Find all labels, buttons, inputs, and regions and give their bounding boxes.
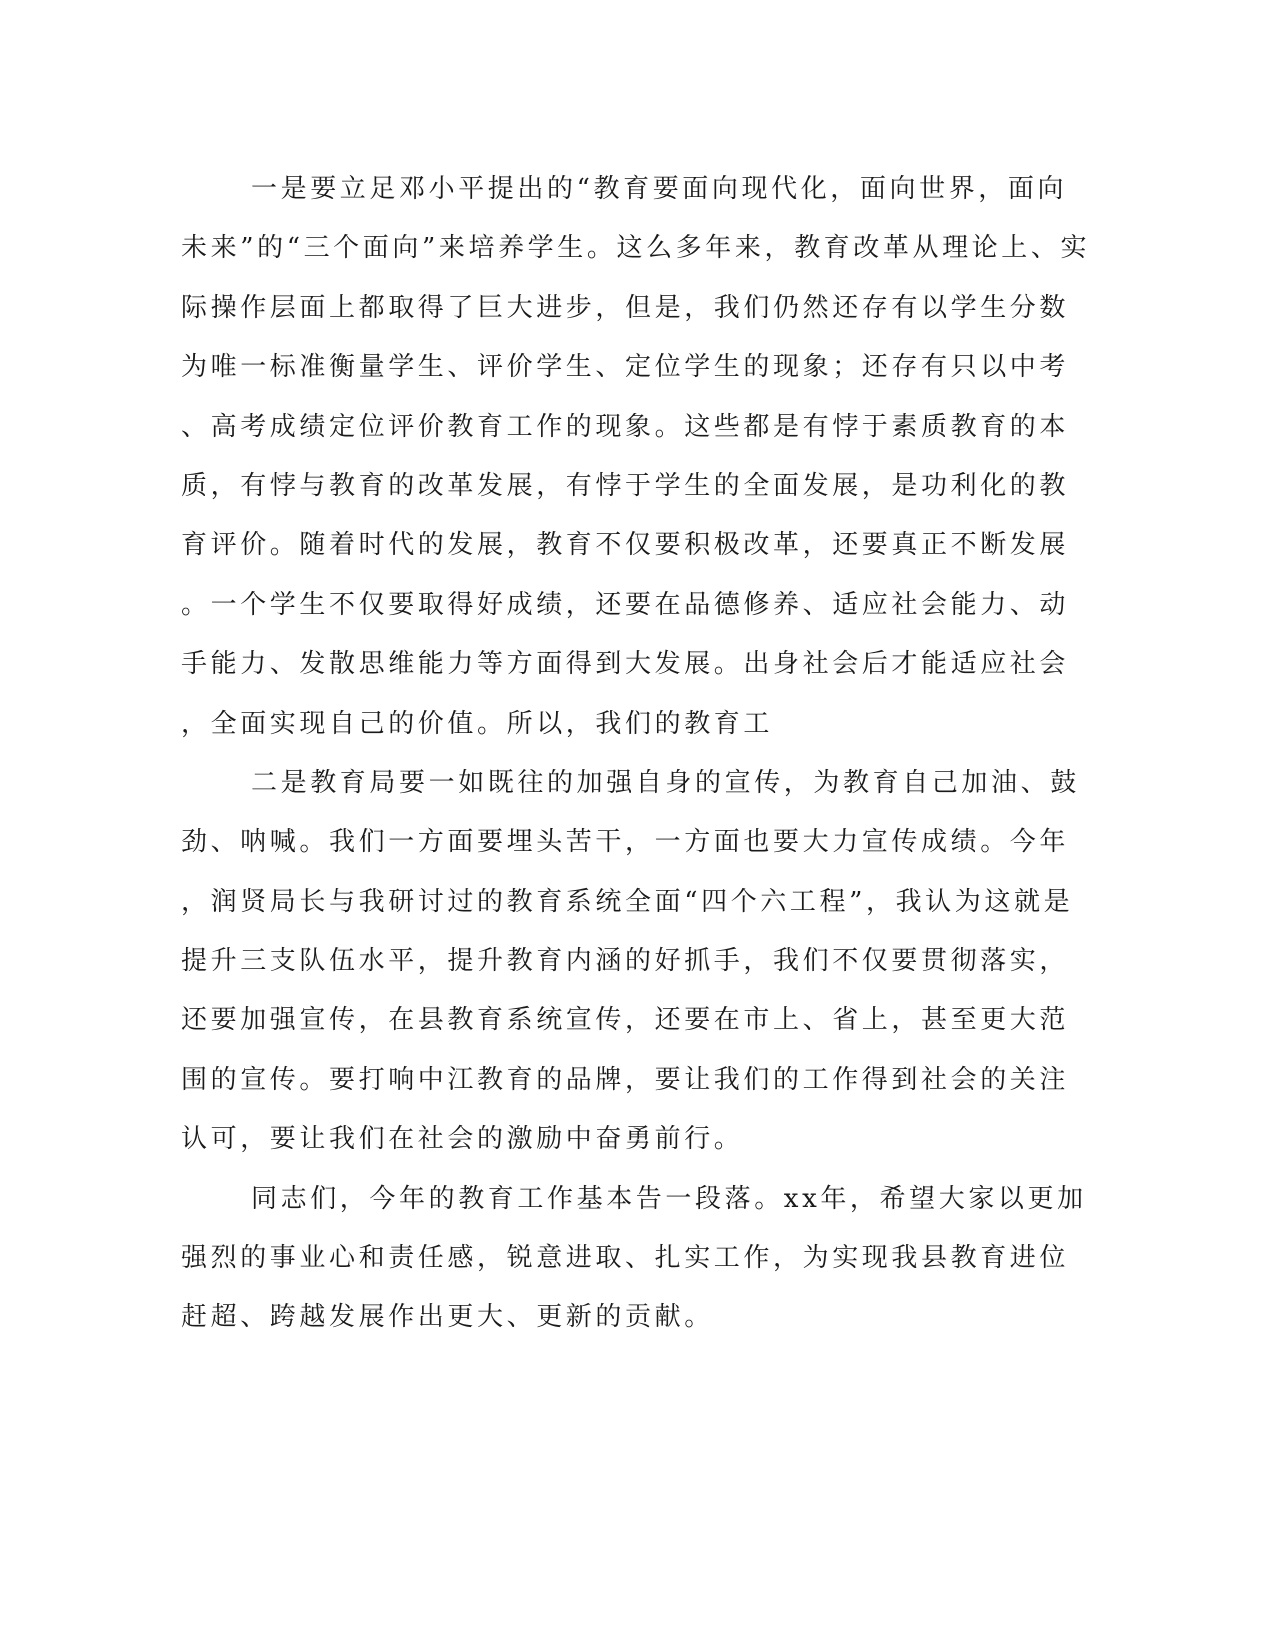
document-page: 一是要立足邓小平提出的“教育要面向现代化，面向世界，面向 未来”的“三个面向”来… [0, 0, 1275, 1650]
text-line: 认可，要让我们在社会的激励中奋勇前行。 [181, 1110, 1061, 1169]
text-line: 赶超、跨越发展作出更大、更新的贡献。 [181, 1288, 1061, 1347]
text-line: ，润贤局长与我研讨过的教育系统全面“四个六工程”，我认为这就是 [181, 873, 1061, 932]
text-line: 手能力、发散思维能力等方面得到大发展。出身社会后才能适应社会 [181, 635, 1061, 694]
paragraph-2: 二是教育局要一如既往的加强自身的宣传，为教育自己加油、鼓 劲、呐喊。我们一方面要… [181, 754, 1061, 1170]
paragraph-1: 一是要立足邓小平提出的“教育要面向现代化，面向世界，面向 未来”的“三个面向”来… [181, 160, 1061, 754]
text-line: 二是教育局要一如既往的加强自身的宣传，为教育自己加油、鼓 [181, 754, 1061, 813]
text-line: 强烈的事业心和责任感，锐意进取、扎实工作，为实现我县教育进位 [181, 1229, 1061, 1288]
text-line: 同志们，今年的教育工作基本告一段落。xx年，希望大家以更加 [181, 1170, 1061, 1229]
text-line: 为唯一标准衡量学生、评价学生、定位学生的现象；还存有只以中考 [181, 338, 1061, 397]
document-body: 一是要立足邓小平提出的“教育要面向现代化，面向世界，面向 未来”的“三个面向”来… [181, 160, 1061, 1348]
text-line: 劲、呐喊。我们一方面要埋头苦干，一方面也要大力宣传成绩。今年 [181, 813, 1061, 872]
text-line: 质，有悖与教育的改革发展，有悖于学生的全面发展，是功利化的教 [181, 457, 1061, 516]
paragraph-3: 同志们，今年的教育工作基本告一段落。xx年，希望大家以更加 强烈的事业心和责任感… [181, 1170, 1061, 1348]
text-line: ，全面实现自己的价值。所以，我们的教育工 [181, 695, 1061, 754]
text-line: 。一个学生不仅要取得好成绩，还要在品德修养、适应社会能力、动 [181, 576, 1061, 635]
text-line: 、高考成绩定位评价教育工作的现象。这些都是有悖于素质教育的本 [181, 398, 1061, 457]
text-line: 一是要立足邓小平提出的“教育要面向现代化，面向世界，面向 [181, 160, 1061, 219]
text-line: 提升三支队伍水平，提升教育内涵的好抓手，我们不仅要贯彻落实， [181, 932, 1061, 991]
text-line: 围的宣传。要打响中江教育的品牌，要让我们的工作得到社会的关注 [181, 1051, 1061, 1110]
text-line: 育评价。随着时代的发展，教育不仅要积极改革，还要真正不断发展 [181, 516, 1061, 575]
text-line: 际操作层面上都取得了巨大进步，但是，我们仍然还存有以学生分数 [181, 279, 1061, 338]
text-line: 还要加强宣传，在县教育系统宣传，还要在市上、省上，甚至更大范 [181, 991, 1061, 1050]
text-line: 未来”的“三个面向”来培养学生。这么多年来，教育改革从理论上、实 [181, 219, 1061, 278]
